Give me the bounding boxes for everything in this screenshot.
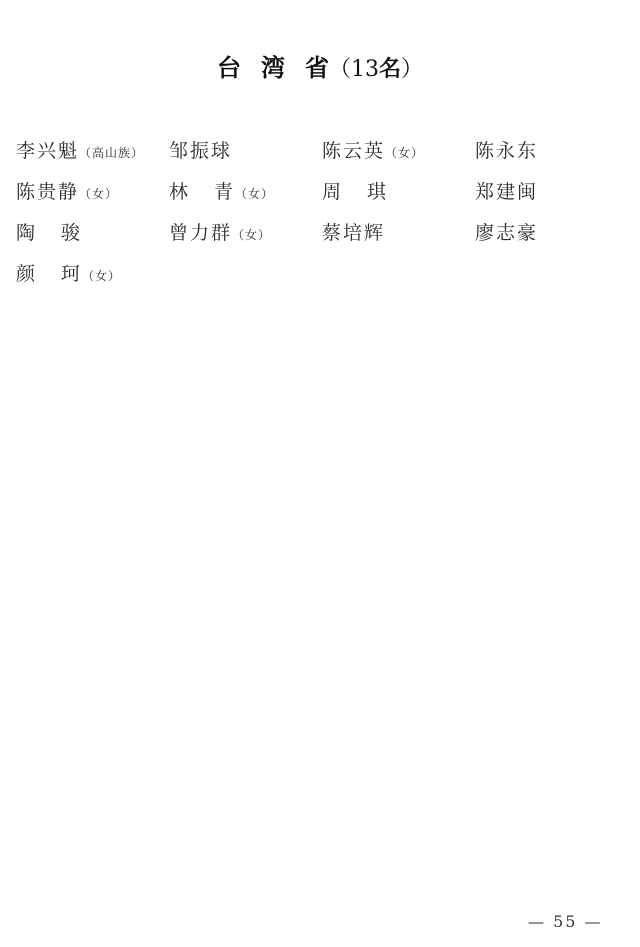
name-text: 陈贵静 (16, 181, 79, 203)
name-entry: 陶骏 (16, 218, 82, 245)
name-note: （高山族） (79, 146, 144, 160)
name-entry: 郑建闽 (475, 177, 538, 204)
name-text-second: 骏 (61, 222, 82, 244)
name-entry: 邹振球 (169, 136, 232, 163)
name-text: 陈云英 (322, 140, 385, 162)
title-char-2: 湾 (261, 48, 285, 83)
name-text: 邹振球 (169, 140, 232, 162)
name-text: 蔡培辉 (322, 222, 385, 244)
name-entry: 陈贵静（女） (16, 177, 118, 204)
name-entry: 曾力群（女） (169, 218, 271, 245)
name-text: 林 (169, 181, 190, 203)
name-note: （女） (82, 269, 121, 283)
name-text: 李兴魁 (16, 140, 79, 162)
name-text-second: 珂 (61, 263, 82, 285)
name-note: （女） (235, 187, 274, 201)
page-title: 台湾省（13名） (0, 48, 640, 83)
name-entry: 陈云英（女） (322, 136, 424, 163)
name-note: （女） (385, 146, 424, 160)
title-count-number: 13 (351, 57, 379, 82)
name-text: 颜 (16, 263, 37, 285)
name-text-second: 青 (214, 181, 235, 203)
name-text: 周 (322, 181, 343, 203)
name-text: 陈永东 (475, 140, 538, 162)
name-entry: 蔡培辉 (322, 218, 385, 245)
name-text: 曾力群 (169, 222, 232, 244)
name-text-second: 琪 (367, 181, 388, 203)
title-paren-close: ） (401, 57, 423, 82)
name-entry: 李兴魁（高山族） (16, 136, 144, 163)
title-char-1: 台 (217, 48, 241, 83)
name-text: 陶 (16, 222, 37, 244)
name-text: 廖志豪 (475, 222, 538, 244)
page-number: — 55 — (528, 912, 603, 931)
title-count: （13名） (329, 57, 423, 82)
name-entry: 颜珂（女） (16, 259, 121, 286)
title-count-unit: 名 (379, 56, 401, 82)
name-entry: 林青（女） (169, 177, 274, 204)
name-entry: 廖志豪 (475, 218, 538, 245)
name-entry: 陈永东 (475, 136, 538, 163)
name-entry: 周琪 (322, 177, 388, 204)
title-paren-open: （ (329, 57, 351, 82)
title-char-3: 省 (305, 48, 329, 83)
name-note: （女） (79, 187, 118, 201)
name-text: 郑建闽 (475, 181, 538, 203)
name-note: （女） (232, 228, 271, 242)
